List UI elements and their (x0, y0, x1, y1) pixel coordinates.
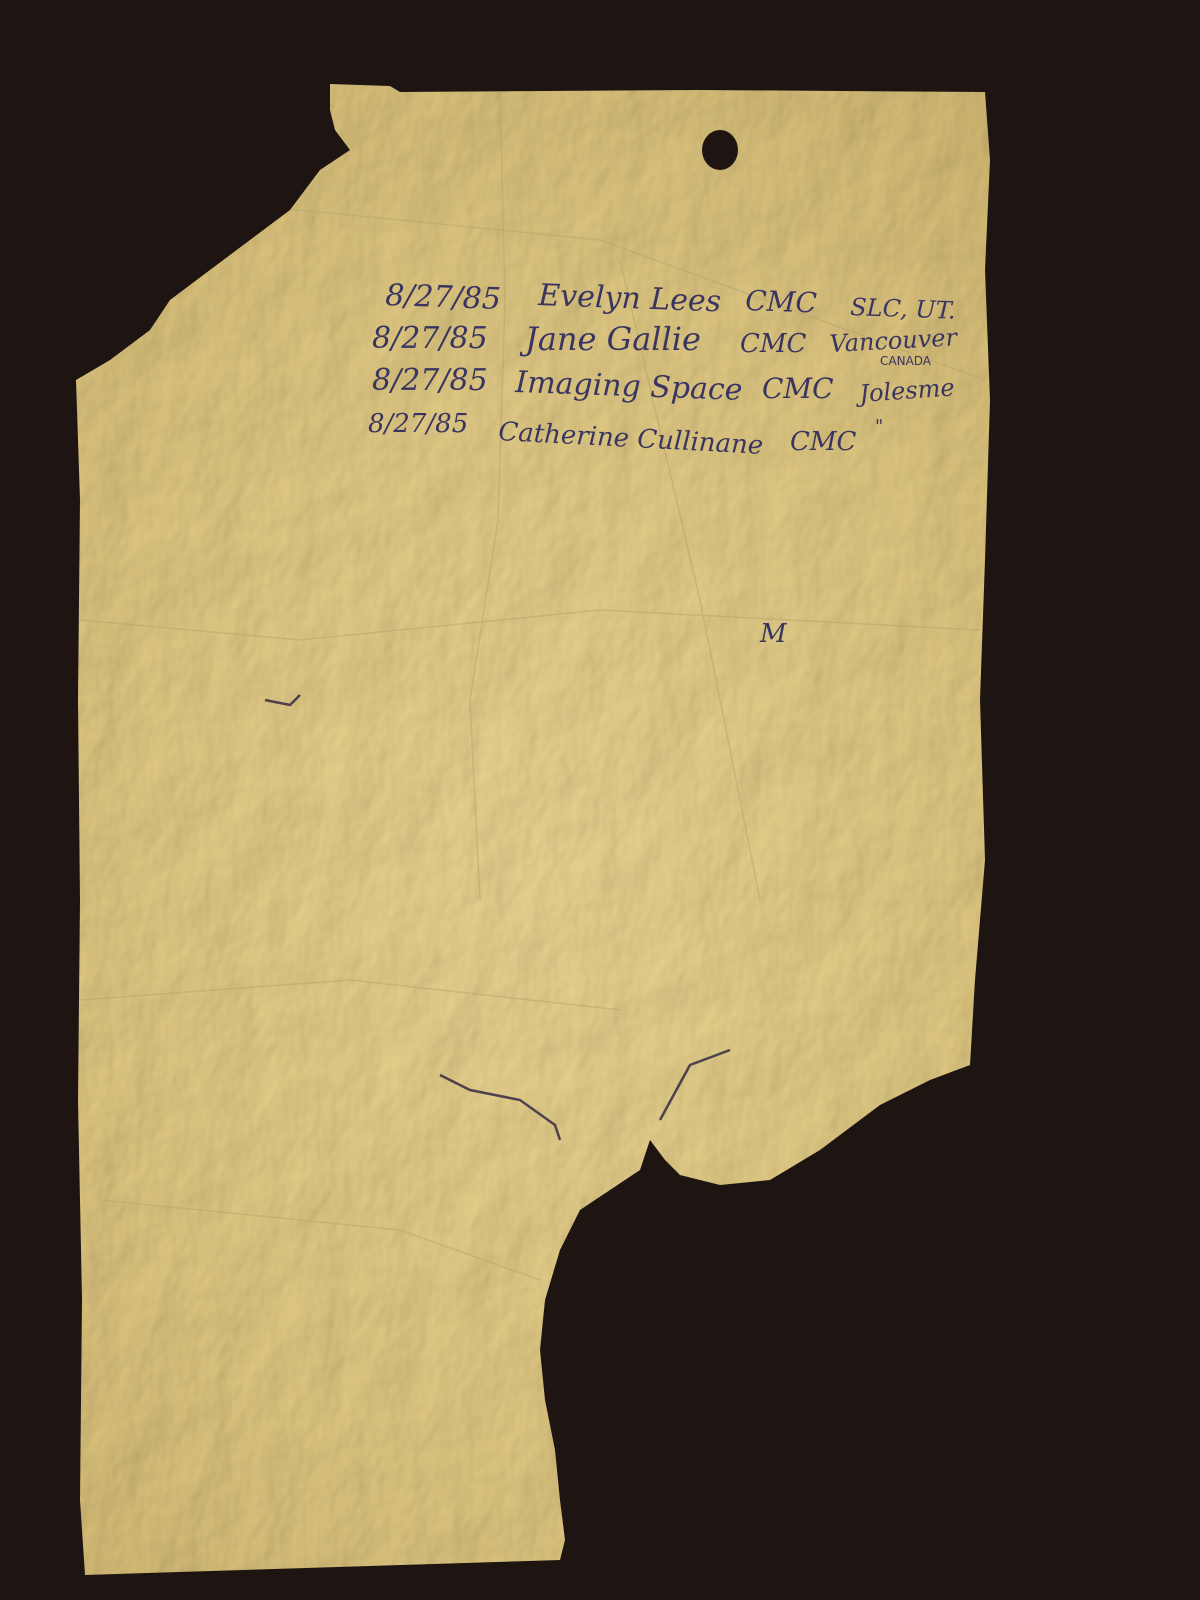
entry-location: SLC, UT. (850, 293, 956, 325)
entry-location-note: CANADA (880, 354, 932, 368)
entry-designation: CMC (740, 329, 807, 359)
photo-scene: 8/27/85 Evelyn Lees CMC SLC, UT. 8/27/85… (0, 0, 1200, 1600)
handwritten-mark: M (759, 619, 788, 649)
entry-designation: CMC (790, 427, 857, 457)
entry-date: 8/27/85 (372, 363, 488, 398)
entry-name: Jane Gallie (519, 320, 701, 358)
punch-hole (702, 130, 738, 170)
entry-date: 8/27/85 (372, 321, 488, 356)
entry-date: 8/27/85 (385, 278, 502, 317)
entry-designation: CMC (745, 284, 818, 319)
entry-designation: CMC (762, 372, 834, 405)
entry-location: " (875, 416, 883, 437)
entry-name: Evelyn Lees (537, 278, 722, 319)
entry-date: 8/27/85 (368, 409, 468, 439)
